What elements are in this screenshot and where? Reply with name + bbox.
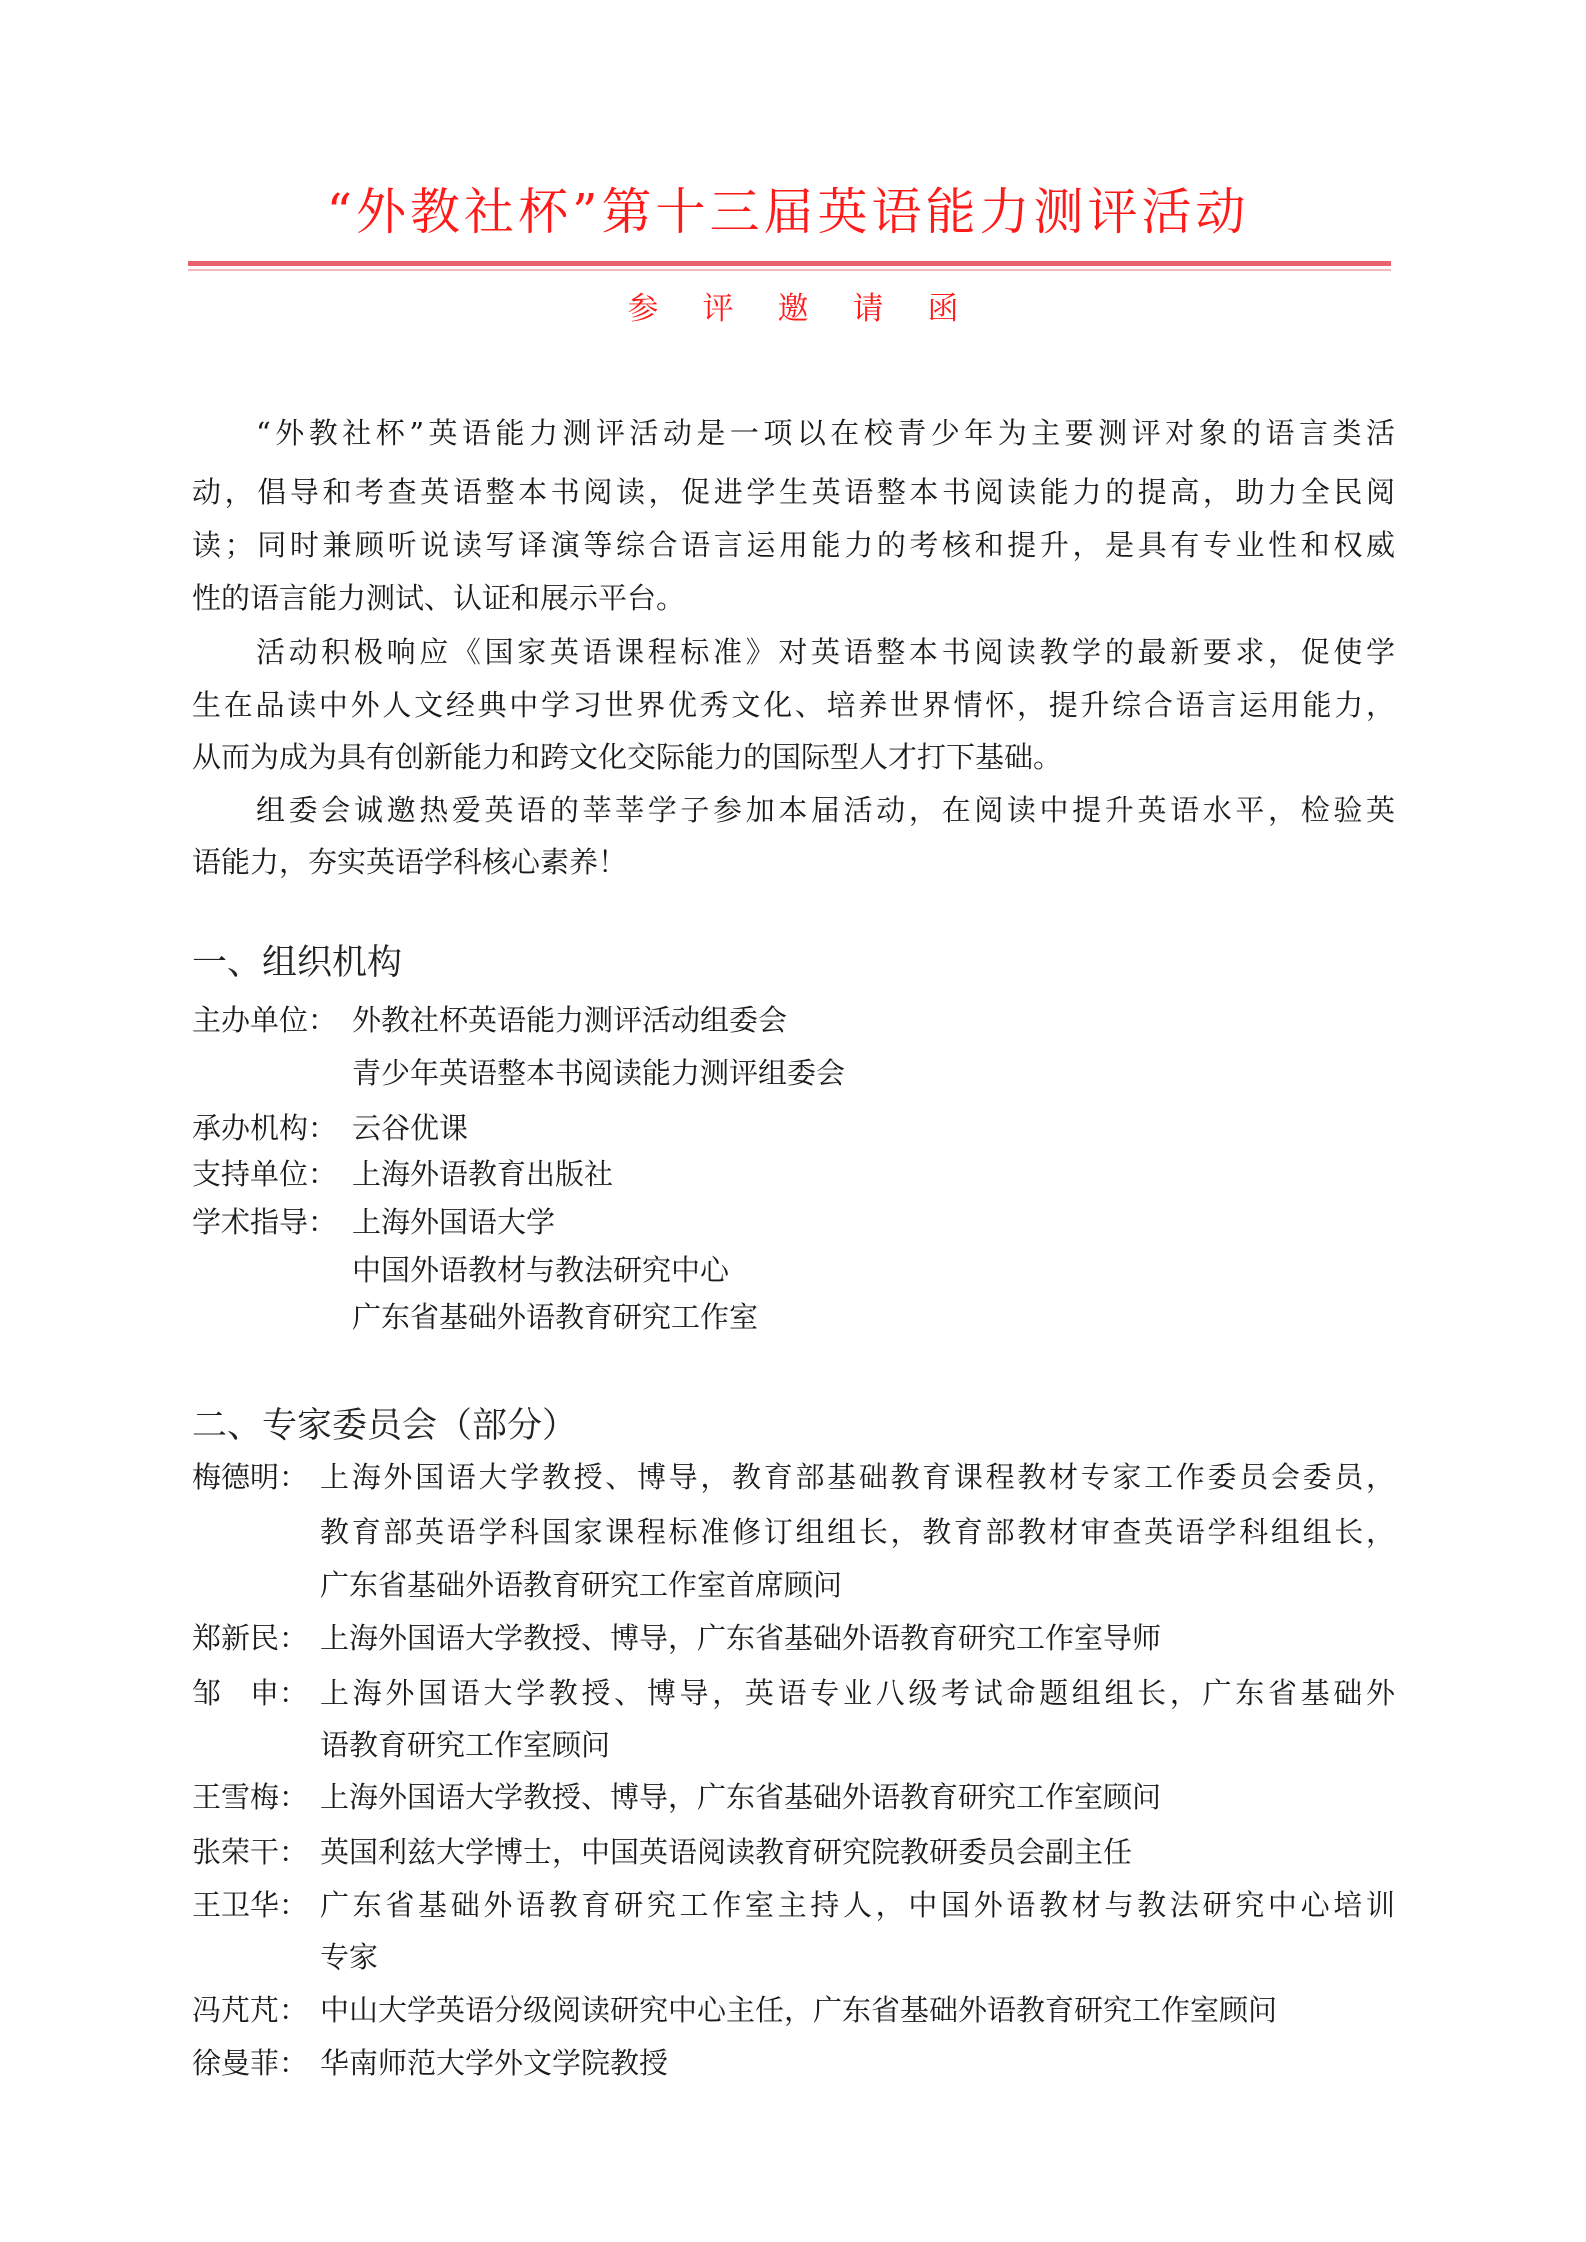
- expert-name-text: 张荣干: [192, 1835, 279, 1869]
- expert-description-line: 中山大学英语分级阅读研究中心主任，广东省基础外语教育研究工作室顾问: [320, 1992, 1277, 2028]
- subtitle-char: 请: [831, 290, 906, 328]
- org-row-label: 承办机构：: [192, 1110, 337, 1146]
- expert-name-text: 徐曼菲: [192, 2046, 279, 2080]
- intro-paragraph-3-line: 组委会诚邀热爱英语的莘莘学子参加本届活动，在阅读中提升英语水平，检验英: [192, 792, 1395, 828]
- expert-description-line: 英国利兹大学博士，中国英语阅读教育研究院教研委员会副主任: [320, 1834, 1132, 1870]
- org-label-organizer: 承办机构: [192, 1111, 308, 1145]
- subtitle-char: 评: [681, 290, 756, 328]
- expert-description-line: 语教育研究工作室顾问: [320, 1727, 610, 1763]
- subtitle-char: 邀: [756, 290, 831, 328]
- expert-name: 梅德明：: [192, 1459, 308, 1495]
- org-value: 上海外国语大学: [352, 1204, 555, 1240]
- section-heading-experts: 二、专家委员会（部分）: [192, 1405, 577, 1447]
- expert-name-text: 邹 申: [192, 1676, 279, 1710]
- expert-description-line: 上海外国语大学教授、博导，教育部基础教育课程教材专家工作委员会委员，: [320, 1459, 1395, 1495]
- expert-description-line: 上海外国语大学教授、博导，广东省基础外语教育研究工作室顾问: [320, 1779, 1161, 1815]
- expert-name-text: 郑新民: [192, 1621, 279, 1655]
- expert-name: 冯芃芃：: [192, 1992, 308, 2028]
- label-colon: ：: [279, 1835, 308, 1869]
- label-colon: ：: [279, 1780, 308, 1814]
- intro-paragraph-2-line: 活动积极响应《国家英语课程标准》对英语整本书阅读教学的最新要求，促使学: [192, 634, 1395, 670]
- org-value: 中国外语教材与教法研究中心: [352, 1252, 729, 1288]
- subtitle-char: 参: [606, 290, 681, 328]
- section-heading-organization: 一、组织机构: [192, 942, 402, 984]
- expert-description-line: 专家: [320, 1939, 378, 1975]
- org-label-host: 主办单位: [192, 1003, 308, 1037]
- expert-name: 徐曼菲：: [192, 2045, 308, 2081]
- title-rule-thick: [188, 261, 1391, 266]
- org-row-label: 主办单位：: [192, 1002, 337, 1038]
- expert-description-line: 上海外国语大学教授、博导，广东省基础外语教育研究工作室导师: [320, 1620, 1161, 1656]
- label-colon: ：: [279, 2046, 308, 2080]
- org-label-support: 支持单位: [192, 1157, 308, 1191]
- intro-paragraph-1-line: 动，倡导和考查英语整本书阅读，促进学生英语整本书阅读能力的提高，助力全民阅: [192, 474, 1395, 510]
- label-colon: ：: [279, 1676, 308, 1710]
- expert-name: 王雪梅：: [192, 1779, 308, 1815]
- expert-name: 邹 申：: [192, 1675, 308, 1711]
- expert-name-text: 冯芃芃: [192, 1993, 279, 2027]
- intro-paragraph-1-line: 读；同时兼顾听说读写译演等综合语言运用能力的考核和提升，是具有专业性和权威: [192, 527, 1395, 563]
- title-rule-thin: [188, 269, 1391, 271]
- org-value: 上海外语教育出版社: [352, 1156, 613, 1192]
- label-colon: ：: [279, 1460, 308, 1494]
- expert-name: 张荣干：: [192, 1834, 308, 1870]
- org-value: 广东省基础外语教育研究工作室: [352, 1299, 758, 1335]
- org-row-label: 支持单位：: [192, 1156, 337, 1192]
- expert-name-text: 梅德明: [192, 1460, 279, 1494]
- label-colon: ：: [308, 1003, 337, 1037]
- label-colon: ：: [279, 1888, 308, 1922]
- intro-paragraph-1-line: 性的语言能力测试、认证和展示平台。: [192, 580, 1395, 616]
- org-value: 青少年英语整本书阅读能力测评组委会: [352, 1055, 845, 1091]
- expert-description-line: 广东省基础外语教育研究工作室主持人，中国外语教材与教法研究中心培训: [320, 1887, 1395, 1923]
- intro-paragraph-1-line: “外教社杯”英语能力测评活动是一项以在校青少年为主要测评对象的语言类活: [192, 415, 1395, 451]
- expert-name-text: 王卫华: [192, 1888, 279, 1922]
- intro-paragraph-3-line: 语能力，夯实英语学科核心素养！: [192, 844, 1395, 880]
- intro-paragraph-2-line: 从而为成为具有创新能力和跨文化交际能力的国际型人才打下基础。: [192, 739, 1395, 775]
- org-row-label: 学术指导：: [192, 1204, 337, 1240]
- label-colon: ：: [308, 1157, 337, 1191]
- expert-name-text: 王雪梅: [192, 1780, 279, 1814]
- expert-description-line: 广东省基础外语教育研究工作室首席顾问: [320, 1567, 842, 1603]
- document-title-text: “外教社杯”第十三届英语能力测评活动: [326, 182, 1249, 242]
- expert-description-line: 华南师范大学外文学院教授: [320, 2045, 668, 2081]
- label-colon: ：: [308, 1205, 337, 1239]
- label-colon: ：: [279, 1621, 308, 1655]
- expert-name: 王卫华：: [192, 1887, 308, 1923]
- label-colon: ：: [308, 1111, 337, 1145]
- expert-description-line: 上海外国语大学教授、博导，英语专业八级考试命题组组长，广东省基础外: [320, 1675, 1395, 1711]
- org-label-academic: 学术指导: [192, 1205, 308, 1239]
- document-title: “外教社杯”第十三届英语能力测评活动: [0, 182, 1586, 242]
- label-colon: ：: [279, 1993, 308, 2027]
- document-subtitle: 参评邀请函: [0, 290, 1586, 328]
- subtitle-char: 函: [906, 290, 981, 328]
- expert-name: 郑新民：: [192, 1620, 308, 1656]
- intro-paragraph-2-line: 生在品读中外人文经典中学习世界优秀文化、培养世界情怀，提升综合语言运用能力，: [192, 687, 1395, 723]
- org-value: 外教社杯英语能力测评活动组委会: [352, 1002, 787, 1038]
- org-value: 云谷优课: [352, 1110, 468, 1146]
- expert-description-line: 教育部英语学科国家课程标准修订组组长，教育部教材审查英语学科组组长，: [320, 1514, 1395, 1550]
